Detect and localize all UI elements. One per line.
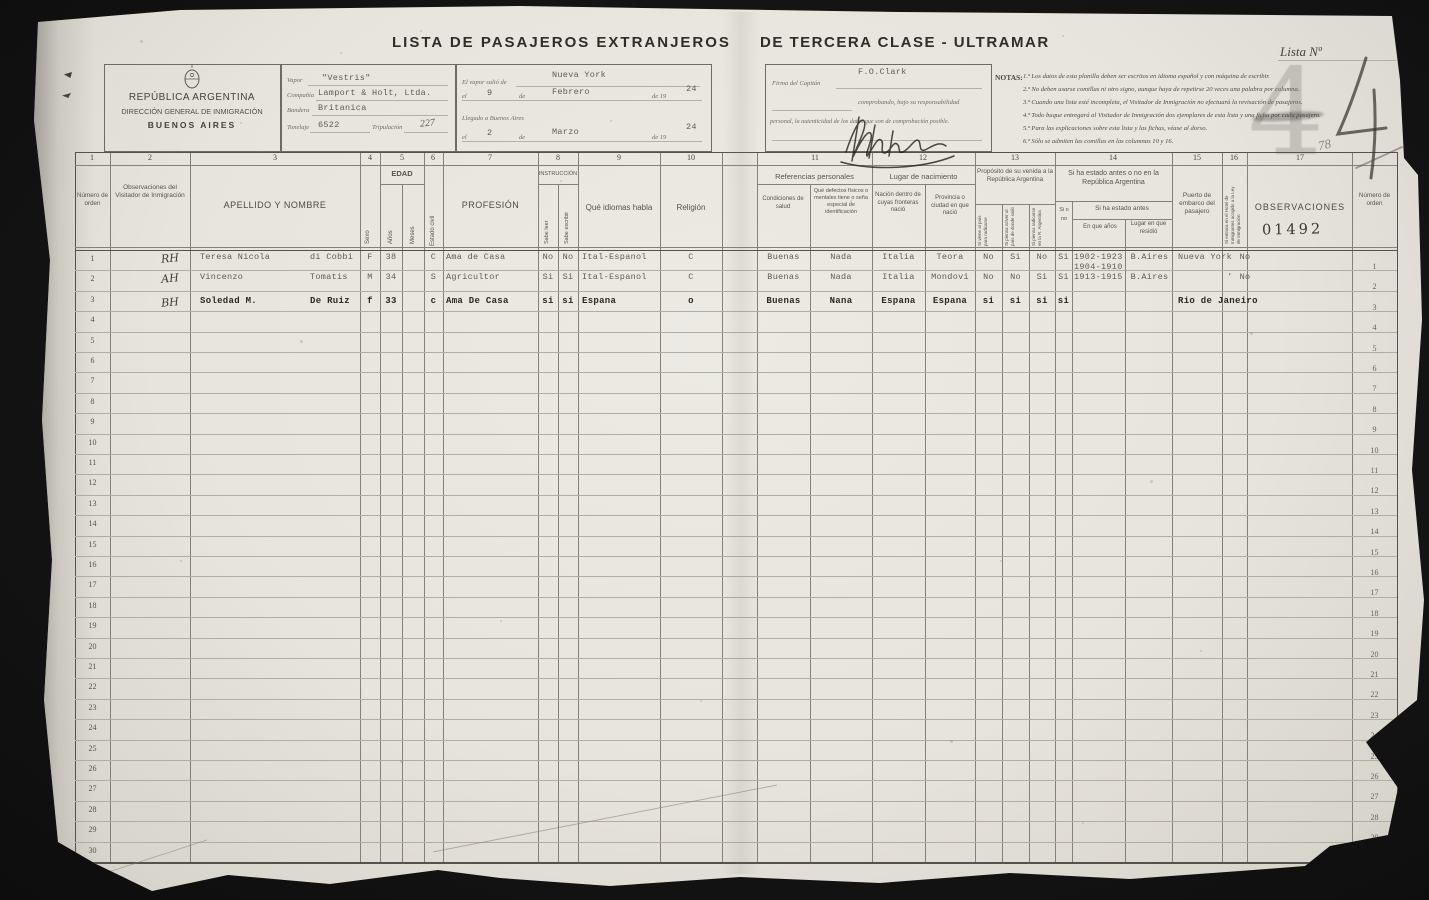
edad-anos-header: Años	[387, 192, 395, 244]
row-number-left: 30	[75, 846, 110, 855]
passenger-nacion: Italia	[872, 272, 925, 282]
row-number-left: 18	[75, 601, 110, 610]
row-number-left: 12	[75, 478, 110, 487]
proposito-sub2-header: Si piensa volver al país de donde salió	[1004, 206, 1027, 246]
column-number: 5	[389, 153, 415, 162]
passenger-religion: C	[660, 252, 722, 262]
passenger-profesion: Agricultor	[446, 272, 540, 282]
row-number-left: 9	[75, 417, 110, 426]
table-line	[443, 152, 444, 862]
row-number-right: 22	[1352, 690, 1397, 699]
row-number-right: 8	[1352, 405, 1397, 414]
passenger-salud: Buenas	[757, 272, 810, 282]
table-line	[538, 184, 578, 185]
paper-speck	[900, 300, 903, 303]
proposito-group-header: Propósito de su venida a la República Ar…	[976, 168, 1054, 184]
row-number-left: 5	[75, 336, 110, 345]
passenger-prop1: No	[975, 272, 1002, 282]
page-subtitle: DE TERCERA CLASE - ULTRAMAR	[760, 34, 1036, 51]
row-number-left: 29	[75, 825, 110, 834]
passenger-provincia: Espana	[925, 296, 975, 306]
table-line	[757, 184, 872, 185]
column-number: 7	[477, 153, 503, 162]
col11b-header: Qué defectos físicos o mentales tiene o …	[812, 188, 870, 216]
center-fold-shading	[722, 12, 760, 874]
nota-1: 1.ª Los datos de esta planilla deben ser…	[1023, 73, 1270, 80]
salida-dia: 9	[487, 88, 492, 98]
passenger-nombre: Vincenzo	[200, 272, 312, 282]
proposito-sub3-header: Si piensa radicarse en la R. Argentina	[1031, 206, 1054, 246]
passenger-nacion: Italia	[872, 252, 925, 262]
llegada-dia: 2	[487, 128, 492, 138]
row-number-left: 6	[75, 356, 110, 365]
col2-header: Observaciones del Visitador de Inmigraci…	[112, 184, 188, 200]
tonelaje-label: Tonelaje	[287, 124, 309, 131]
paper-speck	[560, 180, 562, 182]
passenger-profesion: Ama de Casa	[446, 252, 540, 262]
edad-group-header: EDAD	[380, 169, 424, 178]
paper-speck	[1000, 560, 1002, 562]
col9-header: Qué idiomas habla	[580, 203, 658, 213]
nota-5: 5.ª Para las explicaciones sobre esta li…	[1023, 125, 1207, 132]
row-number-right: 15	[1352, 548, 1397, 557]
observaciones-header: OBSERVACIONES	[1250, 202, 1350, 213]
passenger-nacion: Espana	[872, 296, 925, 306]
passenger-salud: Buenas	[757, 252, 810, 262]
paper-speck	[1062, 35, 1064, 37]
page-title: LISTA DE PASAJEROS EXTRANJEROS	[392, 34, 718, 51]
llegada-el: el	[462, 134, 467, 141]
passenger-anios2: 1904-1910	[1074, 262, 1128, 272]
row-number-left: 11	[75, 458, 110, 467]
captain-text1: comprobando, bajo su responsabilidad	[858, 99, 959, 106]
edad-meses-header: Meses	[409, 192, 417, 244]
table-line	[1072, 219, 1172, 220]
paper-speck	[420, 30, 422, 32]
passenger-sexo: M	[360, 272, 380, 282]
row-number-right: 29	[1352, 833, 1397, 842]
passenger-apellido: De Ruiz	[310, 296, 362, 306]
row-number-right: 30	[1352, 854, 1397, 863]
passenger-defectos: Nada	[810, 252, 872, 262]
col7-header: PROFESIÓN	[445, 200, 536, 211]
row-number-right: 27	[1352, 792, 1397, 801]
row-number-left: 10	[75, 438, 110, 447]
instruccion-group-header: INSTRUCCIÓN	[536, 171, 580, 178]
column-number: 6	[420, 153, 446, 162]
llegada-mes: Marzo	[552, 127, 579, 137]
bandera-value: Britanica	[318, 103, 367, 113]
passenger-mark: BH	[148, 294, 193, 311]
passenger-escribir: si	[558, 296, 578, 306]
estado-antes-group-header: Si ha estado antes o no en la República …	[1057, 170, 1170, 188]
row-number-left: 8	[75, 397, 110, 406]
en-que-anos-header: En que años	[1076, 224, 1124, 232]
passenger-anios: 1902-1923	[1074, 252, 1128, 262]
col1-header: Número de orden	[76, 192, 109, 208]
row-number-left: 21	[75, 662, 110, 671]
column-number: 10	[678, 153, 704, 162]
passenger-hotel: No	[1232, 272, 1258, 282]
row-number-left: 16	[75, 560, 110, 569]
passenger-sexo: F	[360, 252, 380, 262]
tripulacion-label: Tripulación	[372, 124, 402, 131]
paper-speck	[1150, 480, 1153, 483]
salida-port: Nueva York	[552, 70, 606, 80]
row-number-left: 24	[75, 723, 110, 732]
row-number-right: 11	[1352, 466, 1397, 475]
passenger-mark: RH	[148, 250, 193, 267]
passenger-religion: C	[660, 272, 722, 282]
agency-office: DIRECCIÓN GENERAL DE INMIGRACIÓN	[106, 107, 278, 116]
row-number-right: 25	[1352, 752, 1397, 761]
passenger-apellido: di Cobbi	[310, 252, 362, 262]
captain-text2: personal, la autenticidad de los datos q…	[770, 118, 949, 125]
col15-header: Puerto de embarco del pasajero	[1176, 192, 1218, 216]
row-number-right: 5	[1352, 344, 1397, 353]
row-number-left: 27	[75, 784, 110, 793]
col12a-header: Nación dentro de cuyas fronteras nació	[874, 192, 922, 215]
passenger-hotel: No	[1232, 252, 1258, 262]
passenger-defectos: Nada	[810, 272, 872, 282]
passenger-leer: No	[538, 252, 558, 262]
row-number-right: 1	[1352, 262, 1397, 271]
row-number-right: 28	[1352, 813, 1397, 822]
column-number: 8	[545, 153, 571, 162]
col18-header: Número de orden	[1354, 192, 1395, 208]
lugar-residio-header: Lugar en que residió	[1127, 221, 1170, 236]
llegada-de: de	[519, 134, 525, 141]
notas-label: NOTAS:	[995, 73, 1023, 82]
col4-header: Sexo	[364, 192, 372, 244]
sabe-leer-header: Sabe leer	[544, 190, 551, 244]
row-number-left: 14	[75, 519, 110, 528]
passenger-leer: Si	[538, 272, 558, 282]
salida-mes: Febrero	[552, 87, 590, 97]
row-number-right: 7	[1352, 384, 1397, 393]
scanned-document: LISTA DE PASAJEROS EXTRANJEROS DE TERCER…	[0, 0, 1429, 900]
salida-de19: de 19	[652, 93, 666, 100]
paper-sheet: LISTA DE PASAJEROS EXTRANJEROS DE TERCER…	[0, 0, 1429, 900]
row-number-right: 20	[1352, 650, 1397, 659]
paper-speck	[780, 45, 783, 48]
row-number-left: 23	[75, 703, 110, 712]
row-number-right: 3	[1352, 303, 1397, 312]
column-number: 3	[262, 153, 288, 162]
row-number-left: 3	[75, 295, 110, 304]
passenger-puerto: '	[1178, 272, 1282, 282]
passenger-estado: c	[424, 296, 443, 306]
paper-speck	[180, 560, 182, 562]
row-number-right: 14	[1352, 527, 1397, 536]
vapor-label: Vapor	[287, 77, 303, 84]
row-number-left: 2	[75, 274, 110, 283]
row-number-left: 15	[75, 540, 110, 549]
table-line	[380, 184, 424, 185]
row-number-left: 1	[75, 254, 110, 263]
column-number: 16	[1221, 153, 1247, 162]
passenger-lugar: B.Aires	[1125, 272, 1174, 282]
table-line	[1397, 152, 1398, 862]
col6-header: Estado civil	[429, 190, 437, 246]
col16-header: Si entrara en el Hotel de Inmigrantes ac…	[1224, 186, 1245, 244]
passenger-prop3: si	[1029, 296, 1055, 306]
col10-header: Religión	[662, 203, 720, 213]
salida-de: de	[519, 93, 525, 100]
row-number-right: 13	[1352, 507, 1397, 516]
column-number: 15	[1184, 153, 1210, 162]
row-number-left: 20	[75, 642, 110, 651]
passenger-prop2: si	[1002, 296, 1029, 306]
passenger-puerto: Nueva York	[1178, 252, 1282, 262]
passenger-provincia: Mondovi	[925, 272, 975, 282]
passenger-leer: si	[538, 296, 558, 306]
passenger-prop1: si	[975, 296, 1002, 306]
row-number-right: 4	[1352, 323, 1397, 332]
passenger-prop1: No	[975, 252, 1002, 262]
passenger-idiomas: Ital-Espanol	[582, 272, 662, 282]
proposito-sub1-header: Si viene al país para radicarse	[977, 206, 1000, 246]
paper-speck	[950, 740, 953, 743]
row-number-right: 16	[1352, 568, 1397, 577]
passenger-prop2: No	[1002, 272, 1029, 282]
row-number-right: 18	[1352, 609, 1397, 618]
passenger-religion: o	[660, 296, 722, 306]
passenger-lugar: B.Aires	[1125, 252, 1174, 262]
column-number: 4	[357, 153, 383, 162]
row-number-left: 28	[75, 805, 110, 814]
row-number-left: 26	[75, 764, 110, 773]
passenger-prop2: Si	[1002, 252, 1029, 262]
column-number: 2	[137, 153, 163, 162]
table-line	[1125, 219, 1126, 862]
si-ha-estado-antes-header: Si ha estado antes	[1074, 205, 1170, 213]
row-number-right: 23	[1352, 711, 1397, 720]
paper-speck	[300, 340, 303, 343]
lugar-nacimiento-group-header: Lugar de nacimiento	[872, 172, 975, 181]
passenger-anos: 33	[380, 296, 402, 306]
firma-capitan-label: Firma del Capitán	[772, 80, 820, 87]
llegada-label: Llegado a Buenos Aires	[462, 115, 524, 122]
sabe-escribir-header: Sabe escribir	[564, 190, 571, 244]
paper-speck	[340, 52, 342, 54]
salida-el: el	[462, 93, 467, 100]
passenger-estuvo: Si	[1053, 252, 1074, 262]
paper-speck	[1082, 822, 1084, 824]
column-number: 11	[802, 153, 828, 162]
passenger-estado: C	[424, 252, 443, 262]
agency-country: REPÚBLICA ARGENTINA	[106, 92, 278, 103]
passenger-estuvo: si	[1053, 296, 1074, 306]
row-number-left: 19	[75, 621, 110, 630]
edge-speck	[64, 72, 72, 78]
salida-ano: 24	[686, 84, 697, 94]
tonelaje-value: 6522	[318, 120, 340, 130]
passenger-estuvo: Si	[1053, 272, 1074, 282]
row-number-right: 6	[1352, 364, 1397, 373]
passenger-estado: S	[424, 272, 443, 282]
paper-speck	[240, 122, 242, 124]
row-number-left: 25	[75, 744, 110, 753]
passenger-anos: 34	[380, 272, 402, 282]
table-line	[578, 152, 579, 862]
row-number-right: 24	[1352, 731, 1397, 740]
paper-speck	[140, 40, 143, 43]
paper-speck	[660, 410, 662, 412]
passenger-apellido: Tomatis	[310, 272, 362, 282]
edge-speck	[62, 93, 71, 98]
passenger-idiomas: Ital-Espanol	[582, 252, 662, 262]
column-number: 1	[79, 153, 105, 162]
passenger-profesion: Ama De Casa	[446, 296, 540, 306]
passenger-mark: AH	[148, 270, 193, 287]
paper-speck	[850, 200, 852, 202]
compania-value: Lamport & Holt, Ltda.	[318, 88, 431, 98]
nota-6: 6.ª Sólo se admiten las comillas en las …	[1023, 138, 1173, 145]
row-number-right: 2	[1352, 282, 1397, 291]
row-number-left: 22	[75, 682, 110, 691]
paper-speck	[1200, 650, 1202, 652]
passenger-prop3: Si	[1029, 272, 1055, 282]
passenger-puerto: Rio de Janeiro	[1178, 296, 1282, 306]
row-number-right: 21	[1352, 670, 1397, 679]
table-line	[110, 152, 111, 862]
column-number: 12	[910, 153, 936, 162]
row-number-right: 9	[1352, 425, 1397, 434]
col11a-header: Condiciones de salud	[760, 196, 806, 211]
captain-box	[765, 64, 992, 152]
salida-label: El vapor salió de	[462, 79, 507, 86]
bandera-label: Bandera	[287, 107, 309, 114]
pencil-lista-number	[1338, 58, 1386, 178]
captain-typed-name: F.O.Clark	[858, 67, 907, 77]
compania-label: Compañía	[287, 92, 314, 99]
row-number-right: 17	[1352, 588, 1397, 597]
llegada-ano: 24	[686, 122, 697, 132]
tripulacion-value: 227	[419, 117, 435, 130]
passenger-escribir: No	[558, 252, 578, 262]
passenger-escribir: Si	[558, 272, 578, 282]
row-number-right: 26	[1352, 772, 1397, 781]
llegada-de19: de 19	[652, 134, 666, 141]
passenger-sexo: f	[360, 296, 380, 306]
passenger-salud: Buenas	[757, 296, 810, 306]
row-number-right: 10	[1352, 446, 1397, 455]
passenger-defectos: Nana	[810, 296, 872, 306]
row-number-left: 17	[75, 580, 110, 589]
vapor-value: "Vestris"	[322, 73, 371, 83]
si-o-no-header: Si o no	[1056, 206, 1072, 224]
paper-speck	[700, 700, 702, 702]
agency-city: BUENOS AIRES	[106, 120, 278, 130]
table-line	[872, 184, 975, 185]
row-number-right: 12	[1352, 486, 1397, 495]
table-line	[1055, 201, 1172, 202]
passenger-nombre: Soledad M.	[200, 296, 312, 306]
passenger-prop3: No	[1029, 252, 1055, 262]
paper-speck	[610, 120, 612, 122]
passenger-anios: 1913-1915	[1074, 272, 1128, 282]
passenger-nombre: Teresa Nicola	[200, 252, 312, 262]
paper-speck	[500, 620, 502, 622]
paper-speck	[1250, 332, 1253, 335]
row-number-left: 13	[75, 499, 110, 508]
row-number-right: 19	[1352, 629, 1397, 638]
passenger-anos: 38	[380, 252, 402, 262]
column-number: 9	[606, 153, 632, 162]
observaciones-stamp: 01492	[1262, 221, 1323, 238]
col3-header: APELLIDO Y NOMBRE	[192, 200, 358, 211]
table-line	[975, 204, 1055, 205]
col12b-header: Provincia o ciudad en que nació	[927, 195, 973, 218]
column-number: 13	[1002, 153, 1028, 162]
column-number: 17	[1287, 153, 1313, 162]
referencias-group-header: Referencias personales	[757, 172, 872, 181]
paper-speck	[400, 760, 403, 763]
row-number-left: 7	[75, 376, 110, 385]
row-number-left: 4	[75, 315, 110, 324]
column-number: 14	[1100, 153, 1126, 162]
passenger-provincia: Teora	[925, 252, 975, 262]
passenger-idiomas: Espana	[582, 296, 662, 306]
